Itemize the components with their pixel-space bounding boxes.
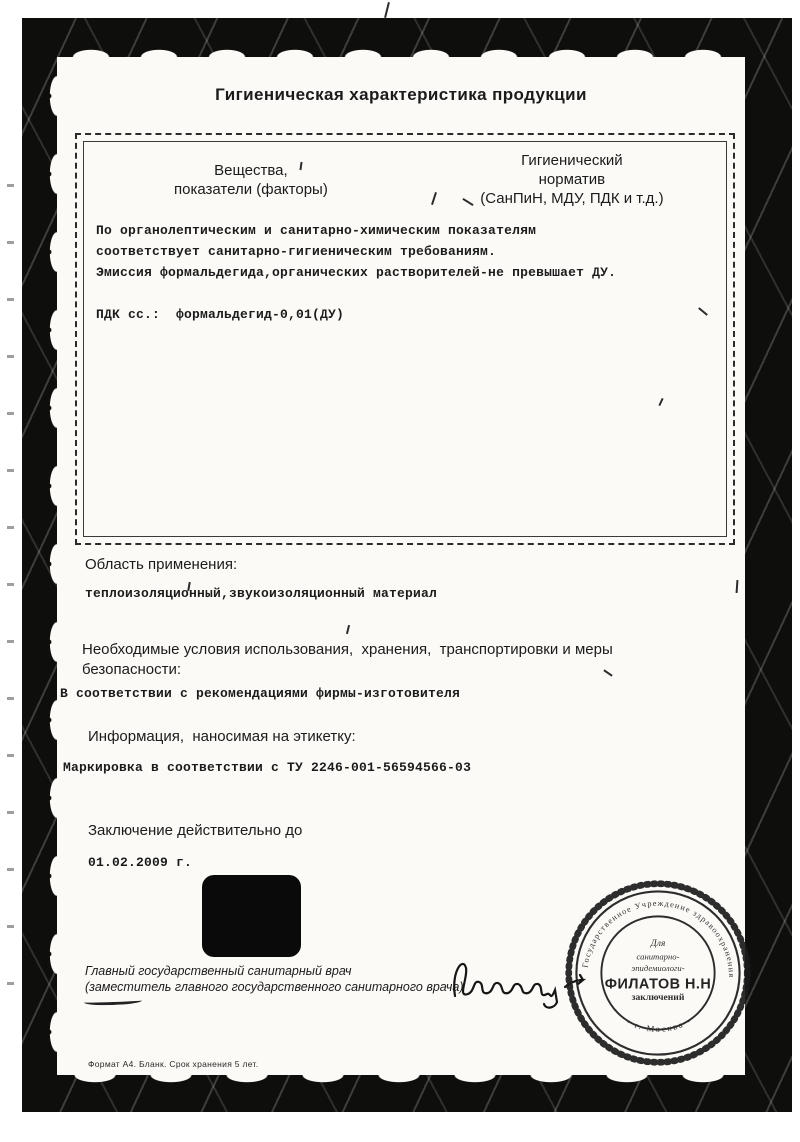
spec-table-inner-border: Вещества, показатели (факторы) Гигиениче…	[83, 141, 727, 537]
label-info-value: Маркировка в соответствии с ТУ 2246-001-…	[63, 758, 471, 778]
border-wave-bottom	[57, 1075, 745, 1089]
footer-note: Формат А4. Бланк. Срок хранения 5 лет.	[88, 1059, 258, 1069]
redaction-block	[202, 875, 301, 957]
scanned-certificate: Гигиеническая характеристика продукции В…	[0, 0, 800, 1142]
page-title: Гигиеническая характеристика продукции	[57, 85, 745, 105]
conditions-value: В соответствии с рекомендациями фирмы-из…	[60, 684, 460, 704]
svg-text:• г. Москва •: • г. Москва •	[625, 1015, 694, 1034]
signer-title: Главный государственный санитарный врач	[85, 963, 464, 979]
table-header-substances: Вещества, показатели (факторы)	[84, 151, 418, 208]
application-label: Область применения:	[85, 555, 237, 575]
border-wave-top	[57, 43, 745, 57]
table-body-text: По органолептическим и санитарно-химичес…	[96, 220, 714, 283]
stamp-center-line4: заключений	[632, 992, 685, 1003]
label-info-label: Информация, наносимая на этикетку:	[88, 727, 356, 747]
conditions-label: Необходимые условия использования, хране…	[82, 640, 613, 680]
validity-date: 01.02.2009 г.	[88, 853, 192, 873]
validity-label: Заключение действительно до	[88, 821, 302, 841]
signer-subtitle: (заместитель главного государственного с…	[85, 979, 464, 995]
scan-artifact	[384, 2, 390, 18]
stamp-center-line1: Для	[650, 938, 666, 949]
stamp-center-line3: эпидемиологи-	[631, 963, 684, 973]
scan-margin-ticks	[7, 130, 14, 1010]
signer-underline	[84, 997, 142, 1006]
stamp-ring-bottom-text: • г. Москва •	[625, 1015, 694, 1034]
border-wave-left	[43, 57, 57, 1075]
application-value: теплоизоляционный,звукоизоляционный мате…	[85, 584, 437, 604]
pdk-line: ПДК сс.: формальдегид-0,01(ДУ)	[96, 307, 714, 322]
document-page: Гигиеническая характеристика продукции В…	[57, 57, 745, 1075]
spec-table: Вещества, показатели (факторы) Гигиениче…	[75, 133, 735, 545]
stamp-center-line2: санитарно-	[637, 952, 680, 962]
round-stamp: Государственное Учреждение здравоохранен…	[562, 877, 754, 1069]
stamp-overprint-name: ФИЛАТОВ Н.Н	[605, 976, 711, 992]
signer-title-block: Главный государственный санитарный врач …	[85, 963, 464, 995]
